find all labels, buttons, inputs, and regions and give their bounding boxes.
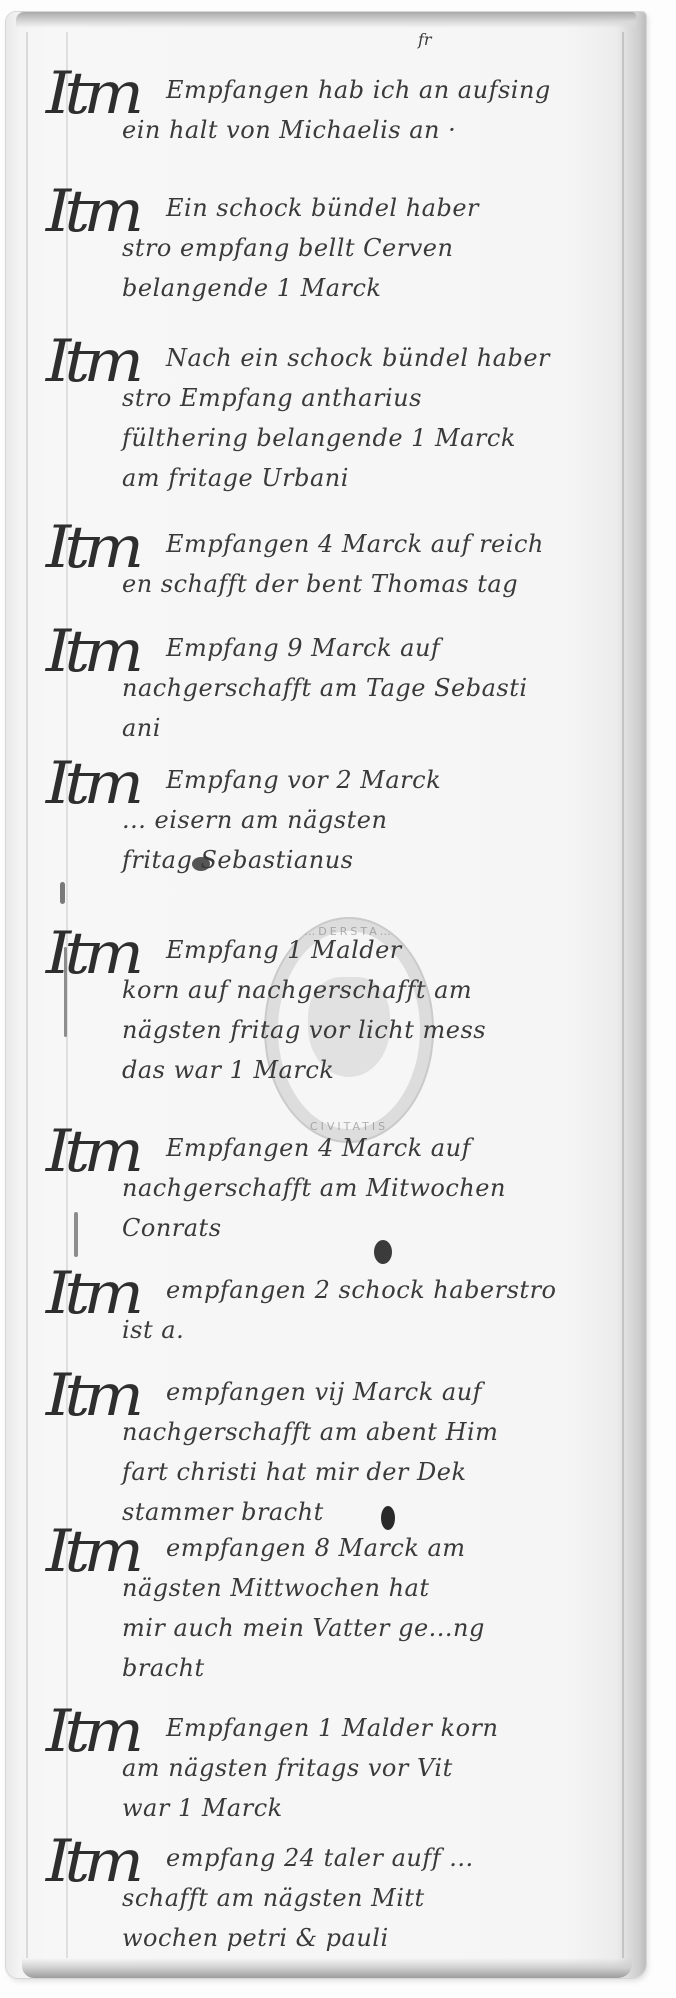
entry-line: empfangen 2 schock haberstro bbox=[122, 1270, 622, 1310]
entry-line: ... eisern am nägsten bbox=[122, 800, 622, 840]
entry-line: nachgerschafft am Tage Sebasti bbox=[122, 668, 622, 708]
entry-line: empfangen vij Marck auf bbox=[122, 1372, 622, 1412]
entry-line: stro empfang bellt Cerven bbox=[122, 228, 622, 268]
manuscript-page: fr …DERSTA… CIVITATIS Itm Empfangen hab … bbox=[6, 12, 646, 1978]
entry-line: stro Empfang antharius bbox=[122, 378, 622, 418]
entry-line: wochen petri & pauli bbox=[122, 1918, 622, 1958]
entry-line: Empfang 1 Malder bbox=[122, 930, 622, 970]
entry-line: Ein schock bündel haber bbox=[122, 188, 622, 228]
entry-line: nachgerschafft am Mitwochen bbox=[122, 1168, 622, 1208]
entry-line: am fritage Urbani bbox=[122, 458, 622, 498]
margin-ink-line bbox=[74, 1212, 78, 1257]
entry-line: war 1 Marck bbox=[122, 1788, 622, 1828]
entry-line: bracht bbox=[122, 1648, 622, 1688]
entry-line: am nägsten fritags vor Vit bbox=[122, 1748, 622, 1788]
entry-line: empfang 24 taler auff ... bbox=[122, 1838, 622, 1878]
entry-line: ist a. bbox=[122, 1310, 622, 1350]
entry-line: Empfang 9 Marck auf bbox=[122, 628, 622, 668]
entry-line: ein halt von Michaelis an · bbox=[122, 110, 622, 150]
entry-line: belangende 1 Marck bbox=[122, 268, 622, 308]
entry-line: schafft am nägsten Mitt bbox=[122, 1878, 622, 1918]
entry-line: fart christi hat mir der Dek bbox=[122, 1452, 622, 1492]
entry-line: Empfangen 4 Marck auf bbox=[122, 1128, 622, 1168]
entry-line: nägsten fritag vor licht mess bbox=[122, 1010, 622, 1050]
left-binding-fold bbox=[26, 32, 28, 1958]
entry-line: Nach ein schock bündel haber bbox=[122, 338, 622, 378]
entry-line: fülthering belangende 1 Marck bbox=[122, 418, 622, 458]
entry-line: das war 1 Marck bbox=[122, 1050, 622, 1090]
entry-line: empfangen 8 Marck am bbox=[122, 1528, 622, 1568]
page-bottom-edge bbox=[22, 1958, 632, 1978]
entry-line: fritag Sebastianus bbox=[122, 840, 622, 880]
entry-line: Empfangen 1 Malder korn bbox=[122, 1708, 622, 1748]
entry-line: stammer bracht bbox=[122, 1492, 622, 1532]
entry-line: ani bbox=[122, 708, 622, 748]
page-top-edge bbox=[16, 12, 636, 28]
header-note: fr bbox=[418, 30, 432, 49]
entry-line: Empfangen hab ich an aufsing bbox=[122, 70, 622, 110]
entry-line: nägsten Mittwochen hat bbox=[122, 1568, 622, 1608]
margin-ink-mark bbox=[60, 882, 65, 904]
entry-line: Conrats bbox=[122, 1208, 622, 1248]
entry-line: Empfang vor 2 Marck bbox=[122, 760, 622, 800]
entry-line: nachgerschafft am abent Him bbox=[122, 1412, 622, 1452]
entry-line: mir auch mein Vatter ge...ng bbox=[122, 1608, 622, 1648]
entry-line: Empfangen 4 Marck auf reich bbox=[122, 524, 622, 564]
right-edge-fold bbox=[622, 32, 624, 1958]
entry-line: en schafft der bent Thomas tag bbox=[122, 564, 622, 604]
entry-line: korn auf nachgerschafft am bbox=[122, 970, 622, 1010]
